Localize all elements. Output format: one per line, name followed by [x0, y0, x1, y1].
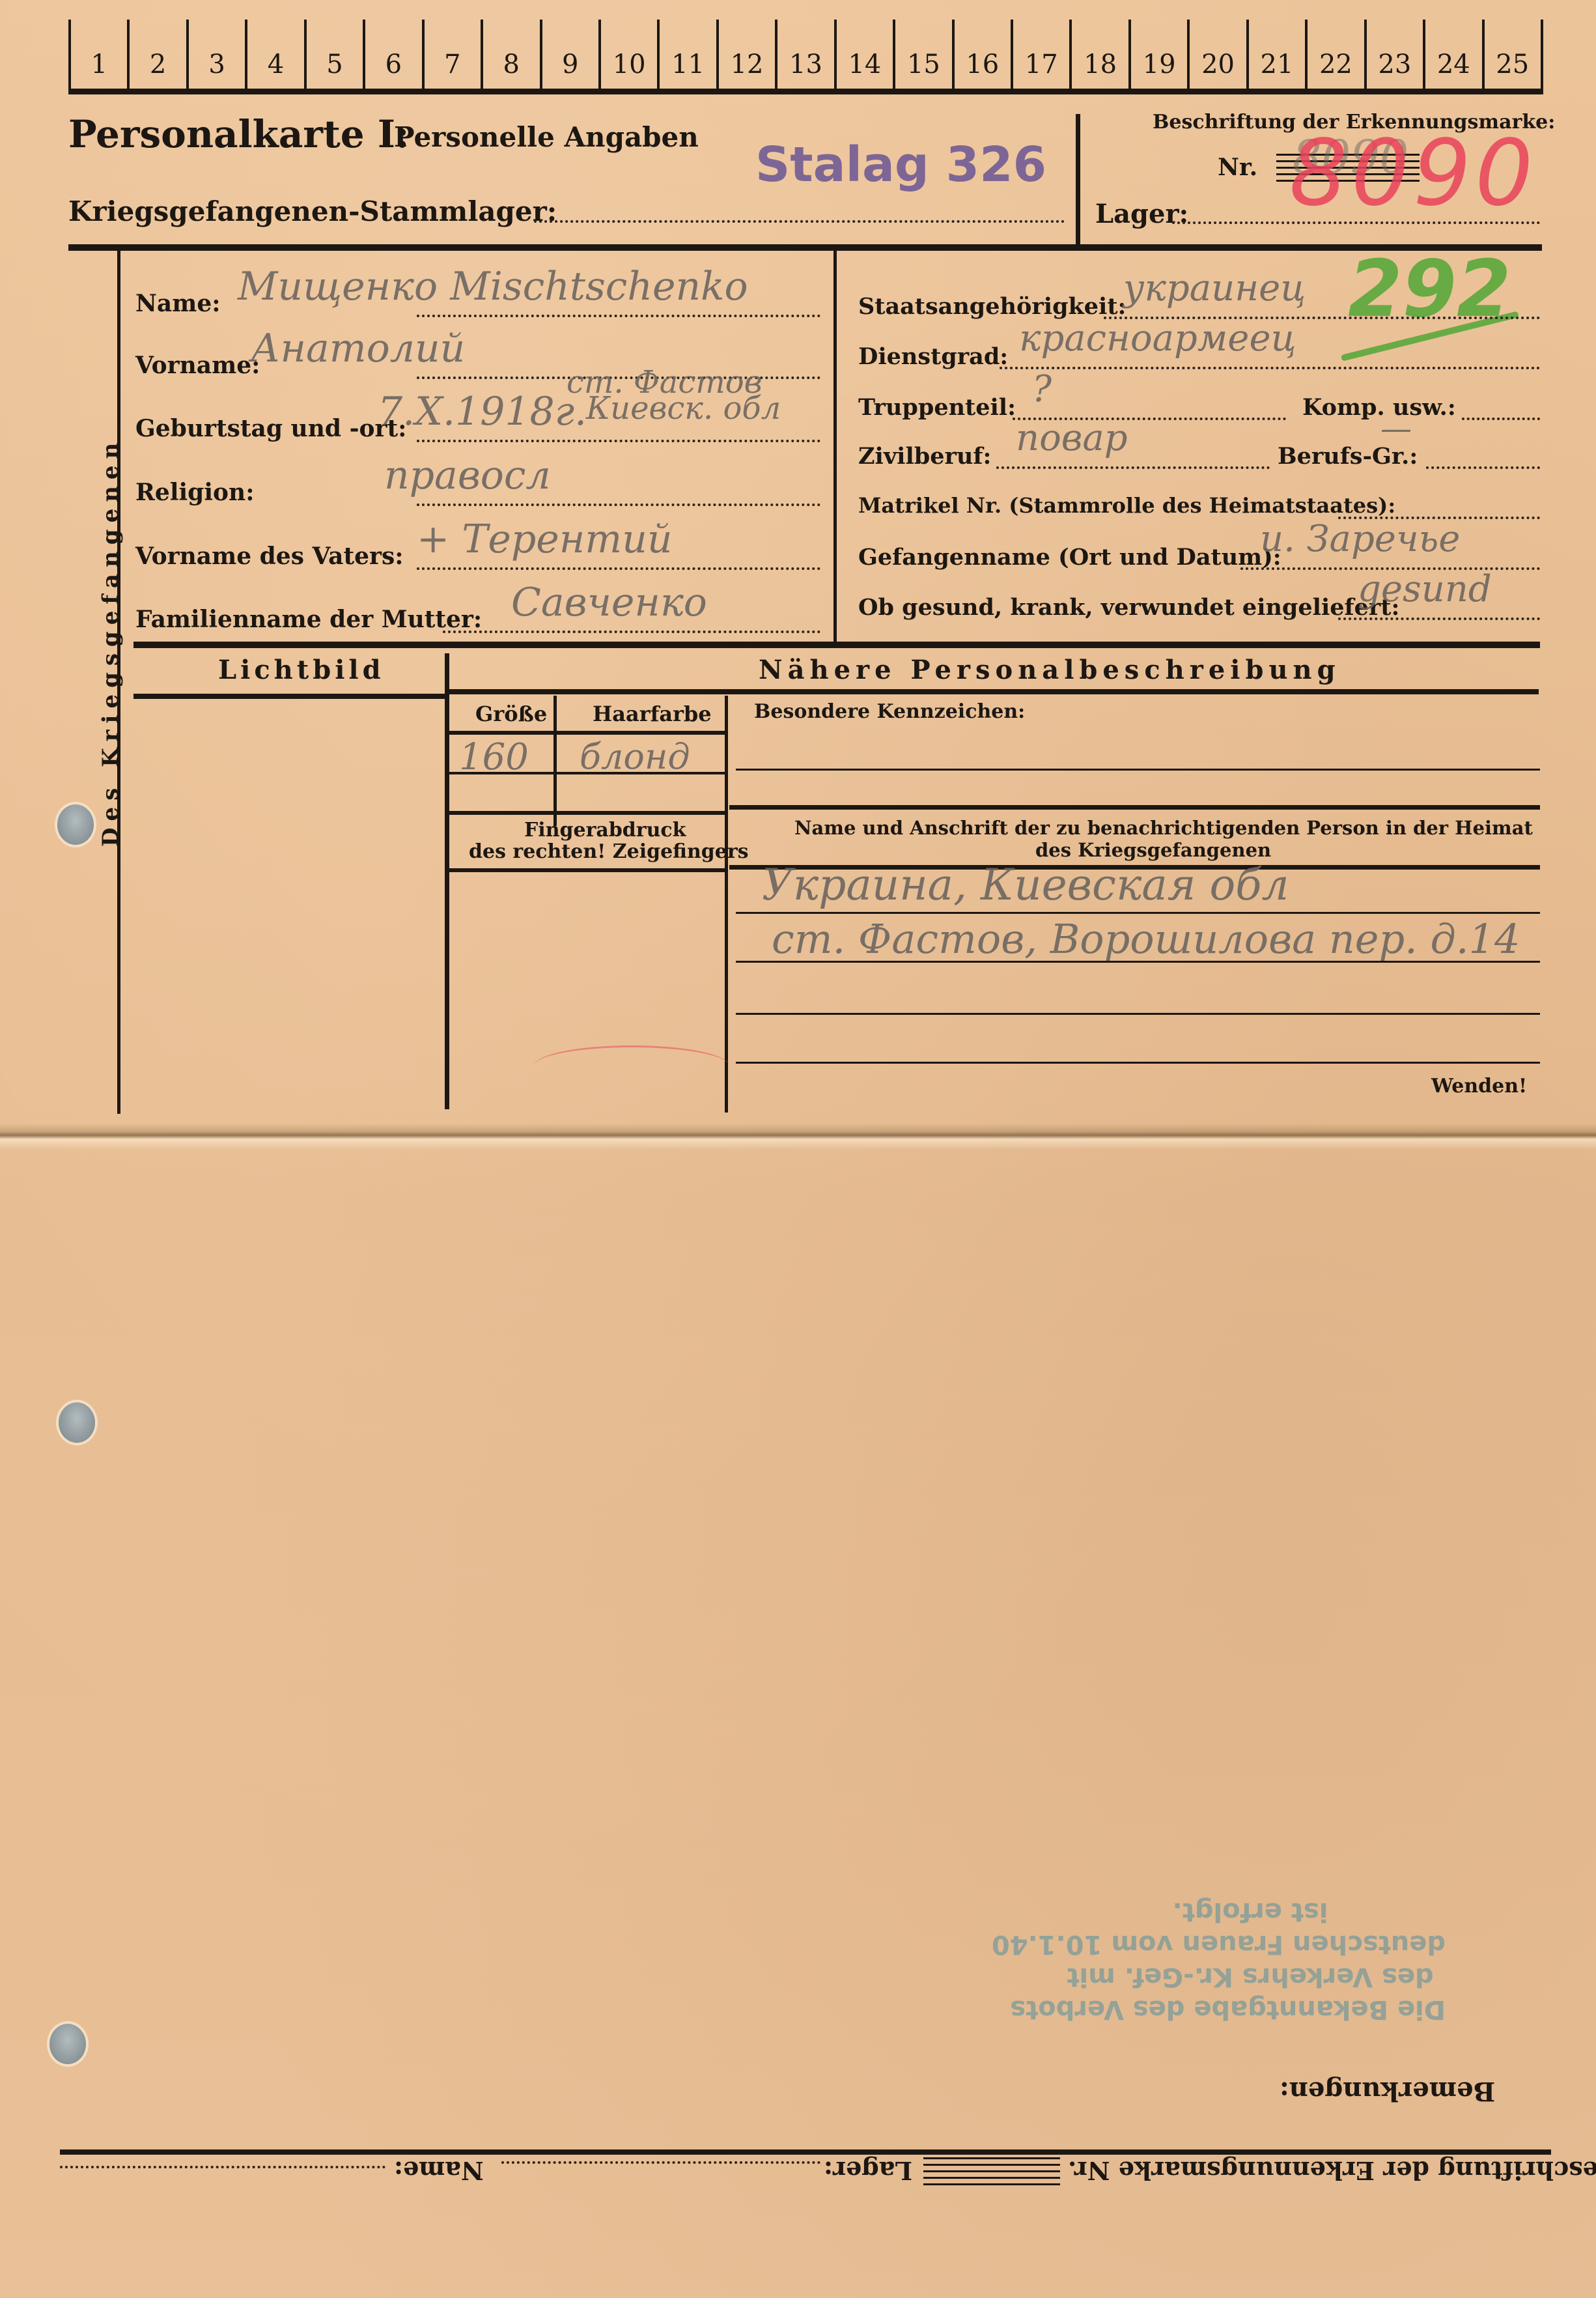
field-label: Dienstgrad: — [858, 343, 1008, 370]
field-input[interactable] — [417, 504, 820, 506]
number-cell: 1 — [68, 20, 127, 89]
haarfarbe-value: блонд — [580, 736, 690, 777]
field-input[interactable] — [417, 440, 820, 442]
punch-hole-middle — [59, 1402, 95, 1443]
number-cell: 10 — [598, 20, 657, 89]
stamp-line-1: Die Bekanntgabe des Verbots — [1055, 1993, 1446, 2026]
contact-line-rule-2[interactable] — [736, 961, 1540, 963]
field-value: ? — [1032, 368, 1052, 410]
stamp-line-2: des Verkehrs Kr.-Gef. mit — [1055, 1961, 1446, 1993]
card-subtitle: Personelle Angaben — [394, 121, 699, 153]
footer-marke-label: Beschriftung der Erkennungsmarke Nr. — [1068, 2156, 1596, 2185]
field-value: Мищенко Mischtschenko — [238, 264, 748, 309]
fields-bottom-rule — [133, 642, 1540, 648]
kennzeichen-line[interactable] — [736, 769, 1540, 771]
fold-crease — [0, 1124, 1596, 1150]
number-cell: 18 — [1069, 20, 1128, 89]
field-input[interactable] — [1338, 617, 1540, 620]
footer-nr-strike-lines — [923, 2157, 1060, 2185]
fingerprint-label-1: Fingerabdruck — [524, 819, 686, 842]
red-pencil-arc — [534, 1045, 729, 1086]
number-cell: 21 — [1246, 20, 1305, 89]
field-value: красноармеец — [1019, 317, 1296, 360]
number-cell: 2 — [127, 20, 186, 89]
field-value: + Терентий — [417, 517, 673, 562]
number-cell: 8 — [481, 20, 539, 89]
field-label: Truppenteil: — [858, 394, 1016, 421]
size-bottom-rule — [448, 811, 725, 815]
field-input[interactable] — [996, 466, 1270, 469]
contact-line-2: ст. Фастов, Ворошилова пер. д.14 — [772, 915, 1520, 963]
field-label: Matrikel Nr. (Stammrolle des Heimatstaat… — [858, 493, 1395, 518]
field-value: 7.X.1918г. — [378, 389, 587, 434]
number-cell: 7 — [422, 20, 481, 89]
number-cell: 5 — [304, 20, 363, 89]
field-label-secondary: Komp. usw.: — [1302, 394, 1456, 421]
number-cell: 13 — [775, 20, 833, 89]
field-input-secondary[interactable] — [1462, 418, 1540, 420]
contact-label-2: des Kriegsgefangenen — [1035, 839, 1271, 861]
features-divider — [725, 696, 728, 1113]
bemerkungen-label: Bemerkungen: — [1280, 2076, 1495, 2106]
lager-label: Lager: — [1095, 199, 1188, 229]
contact-label-1: Name und Anschrift der zu benachrichtige… — [794, 817, 1533, 839]
field-input-secondary[interactable] — [1426, 466, 1540, 469]
description-title: Nähere Personalbeschreibung — [759, 655, 1341, 685]
number-cell: 4 — [245, 20, 303, 89]
number-strip: 1234567891011121314151617181920212223242… — [68, 20, 1543, 94]
field-input[interactable] — [417, 567, 820, 570]
lichtbild-rule — [133, 694, 446, 699]
number-cell: 9 — [540, 20, 598, 89]
haarfarbe-label: Haarfarbe — [593, 702, 712, 726]
footer-lager-label: Lager: — [824, 2156, 912, 2185]
nr-red-value: 8090 — [1289, 121, 1537, 227]
birthplace-value-bottom: Киевск. обл — [586, 390, 781, 427]
card-title: Personalkarte I: — [68, 112, 409, 156]
field-value: украинец — [1123, 267, 1306, 309]
field-value: Анатолий — [251, 326, 465, 371]
header-rule — [68, 244, 1542, 251]
stamp-line-3: deutschen Frauen vom 10.1.40 — [1055, 1928, 1446, 1961]
contact-line-1: Украина, Киевская обл — [762, 860, 1289, 910]
number-cell: 17 — [1011, 20, 1069, 89]
field-label: Zivilberuf: — [858, 443, 991, 470]
field-label: Name: — [135, 290, 221, 317]
number-cell: 15 — [893, 20, 951, 89]
lager-field[interactable] — [1172, 221, 1540, 224]
punch-hole-bottom — [49, 2024, 86, 2064]
contact-line-rule-3[interactable] — [736, 1013, 1540, 1015]
number-cell: 20 — [1187, 20, 1246, 89]
field-label: Vorname: — [135, 352, 260, 379]
description-rule — [448, 689, 1539, 694]
footer-name-label: Name: — [394, 2156, 484, 2185]
field-label-secondary: Berufs-Gr.: — [1278, 443, 1418, 470]
kennzeichen-bottom-rule — [729, 805, 1540, 810]
number-cell: 24 — [1423, 20, 1481, 89]
number-cell: 6 — [363, 20, 421, 89]
field-input[interactable] — [1000, 367, 1540, 369]
number-cell: 23 — [1364, 20, 1423, 89]
stalag-stamp: Stalag 326 — [755, 137, 1046, 193]
punch-hole-top — [57, 804, 94, 845]
size-row-rule — [448, 772, 725, 774]
field-value: gesund — [1358, 568, 1492, 610]
number-cell: 11 — [657, 20, 716, 89]
field-value-secondary: — — [1380, 410, 1412, 447]
header-divider — [1076, 114, 1080, 244]
number-cell: 19 — [1128, 20, 1187, 89]
field-label: Ob gesund, krank, verwundet eingeliefert… — [858, 594, 1399, 621]
contact-line-rule-1[interactable] — [736, 912, 1540, 914]
verbot-stamp: Die Bekanntgabe des Verbots des Verkehrs… — [1055, 1895, 1446, 2026]
stammlager-label: Kriegsgefangenen-Stammlager: — [68, 195, 557, 227]
number-cell: 12 — [716, 20, 775, 89]
stammlager-field[interactable] — [534, 220, 1065, 223]
nr-label: Nr. — [1218, 154, 1257, 181]
size-header-rule — [448, 731, 725, 735]
kennzeichen-label: Besondere Kennzeichen: — [754, 700, 1025, 723]
number-cell: 22 — [1305, 20, 1364, 89]
field-value: правосл — [384, 453, 551, 498]
number-cell: 3 — [186, 20, 245, 89]
fingerprint-rule — [448, 868, 725, 872]
field-label: Familienname der Mutter: — [135, 606, 482, 633]
contact-line-rule-4[interactable] — [736, 1062, 1540, 1064]
footer-lager-field[interactable] — [501, 2161, 820, 2164]
footer-name-field[interactable] — [60, 2166, 385, 2168]
left-frame — [117, 251, 120, 1114]
middle-divider — [833, 251, 837, 642]
fingerprint-label-2: des rechten! Zeigefingers — [469, 840, 749, 863]
field-label: Geburtstag und -ort: — [135, 415, 406, 442]
field-value: Савченко — [511, 580, 707, 625]
field-value: повар — [1016, 417, 1128, 459]
lichtbild-divider — [445, 653, 449, 1109]
field-label: Religion: — [135, 479, 255, 506]
number-cell: 16 — [952, 20, 1011, 89]
groesse-label: Größe — [475, 702, 547, 726]
field-input[interactable] — [443, 631, 820, 633]
turn-label: Wenden! — [1431, 1075, 1527, 1098]
groesse-divider — [553, 696, 557, 826]
number-cell: 14 — [834, 20, 893, 89]
field-label: Staatsangehörigkeit: — [858, 293, 1126, 320]
field-label: Vorname des Vaters: — [135, 543, 404, 570]
reverse-footer-rule — [60, 2149, 1551, 2155]
lichtbild-label: Lichtbild — [218, 655, 385, 685]
field-input[interactable] — [417, 315, 820, 317]
stamp-line-4: ist erfolgt. — [1055, 1895, 1446, 1928]
field-label: Gefangenname (Ort und Datum): — [858, 544, 1281, 571]
number-cell: 25 — [1482, 20, 1543, 89]
field-value: и. Заречье — [1260, 518, 1460, 560]
